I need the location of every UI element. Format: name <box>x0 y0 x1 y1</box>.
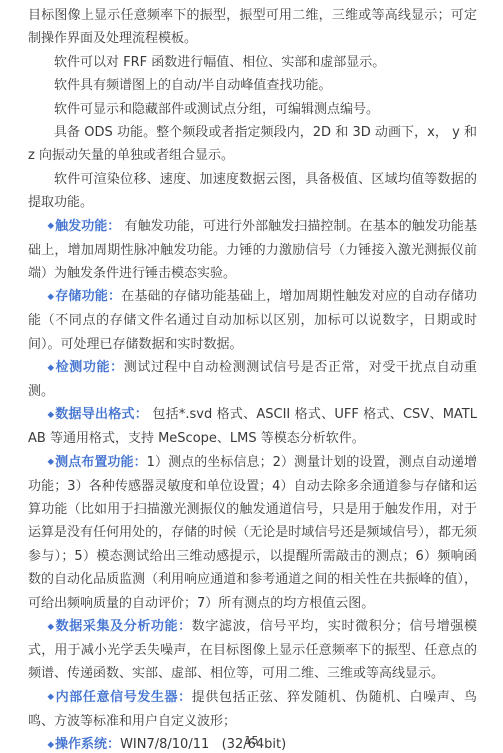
paragraph: 目标图像上显示任意频率下的振型，振型可用二维，三维或等高线显示；可定制操作界面及… <box>28 4 477 51</box>
paragraph: 软件可显示和隐藏部件或测试点分组，可编辑测点编号。 <box>28 98 477 121</box>
paragraph: 软件可渲染位移、速度、加速度数据云图，具备极值、区域均值等数据的提取功能。 <box>28 168 477 215</box>
feature-paragraph: ◆触发功能： 有触发功能，可进行外部触发扫描控制。在基本的触发功能基础上，增加周… <box>28 215 477 286</box>
paragraph-text: 具备 ODS 功能。整个频段或者指定频段内，2D 和 3D 动画下，x， y 和… <box>28 125 481 163</box>
paragraph: 软件可以对 FRF 函数进行幅值、相位、实部和虚部显示。 <box>28 51 477 74</box>
feature-heading: 内部任意信号发生器： <box>56 690 192 705</box>
feature-paragraph: ◆数据导出格式： 包括*.svd 格式、ASCII 格式、UFF 格式、CSV、… <box>28 403 477 450</box>
diamond-bullet-icon: ◆ <box>48 457 56 467</box>
feature-heading: 测点布置功能： <box>55 455 147 470</box>
feature-heading: 存储功能： <box>55 289 121 304</box>
feature-heading: 数据导出格式： <box>55 407 148 422</box>
document-body: 目标图像上显示任意频率下的振型，振型可用二维，三维或等高线显示；可定制操作界面及… <box>28 4 477 753</box>
paragraph-text: 目标图像上显示任意频率下的振型，振型可用二维，三维或等高线显示；可定制操作界面及… <box>28 8 477 46</box>
paragraph: 具备 ODS 功能。整个频段或者指定频段内，2D 和 3D 动画下，x， y 和… <box>28 121 477 168</box>
feature-paragraph: ◆存储功能：在基础的存储功能基础上，增加周期性触发对应的自动存储功能（不同点的存… <box>28 285 477 356</box>
paragraph-text: 软件可以对 FRF 函数进行幅值、相位、实部和虚部显示。 <box>54 55 385 70</box>
paragraph-text: 软件可显示和隐藏部件或测试点分组，可编辑测点编号。 <box>54 102 379 117</box>
paragraph: 软件具有频谱图上的自动/半自动峰值查找功能。 <box>28 74 477 97</box>
feature-heading: 数据采集及分析功能： <box>56 619 192 634</box>
feature-paragraph: ◆测点布置功能：1）测点的坐标信息；2）测量计划的设置，测点自动递增功能；3）各… <box>28 451 477 615</box>
feature-heading: 触发功能： <box>55 219 120 234</box>
paragraph-text: 软件可渲染位移、速度、加速度数据云图，具备极值、区域均值等数据的提取功能。 <box>28 172 477 210</box>
page-number: 15 <box>0 734 503 747</box>
feature-paragraph: ◆内部任意信号发生器：提供包括正弦、猝发随机、伪随机、白噪声、鸟鸣、方波等标准和… <box>28 686 477 733</box>
feature-paragraph: ◆检测功能：测试过程中自动检测测试信号是否正常，对受干扰点自动重测。 <box>28 356 477 403</box>
paragraph-text: 1）测点的坐标信息；2）测量计划的设置，测点自动递增功能；3）各种传感器灵敏度和… <box>28 455 477 611</box>
document-page: 目标图像上显示任意频率下的振型，振型可用二维，三维或等高线显示；可定制操作界面及… <box>0 0 503 753</box>
paragraph-text: 软件具有频谱图上的自动/半自动峰值查找功能。 <box>54 78 331 93</box>
diamond-bullet-icon: ◆ <box>48 221 56 231</box>
diamond-bullet-icon: ◆ <box>48 692 56 702</box>
diamond-bullet-icon: ◆ <box>48 622 56 632</box>
feature-heading: 检测功能： <box>56 360 124 375</box>
feature-paragraph: ◆数据采集及分析功能：数字滤波，信号平均，实时微积分；信号增强模式，用于减小光学… <box>28 615 477 686</box>
diamond-bullet-icon: ◆ <box>48 363 56 373</box>
